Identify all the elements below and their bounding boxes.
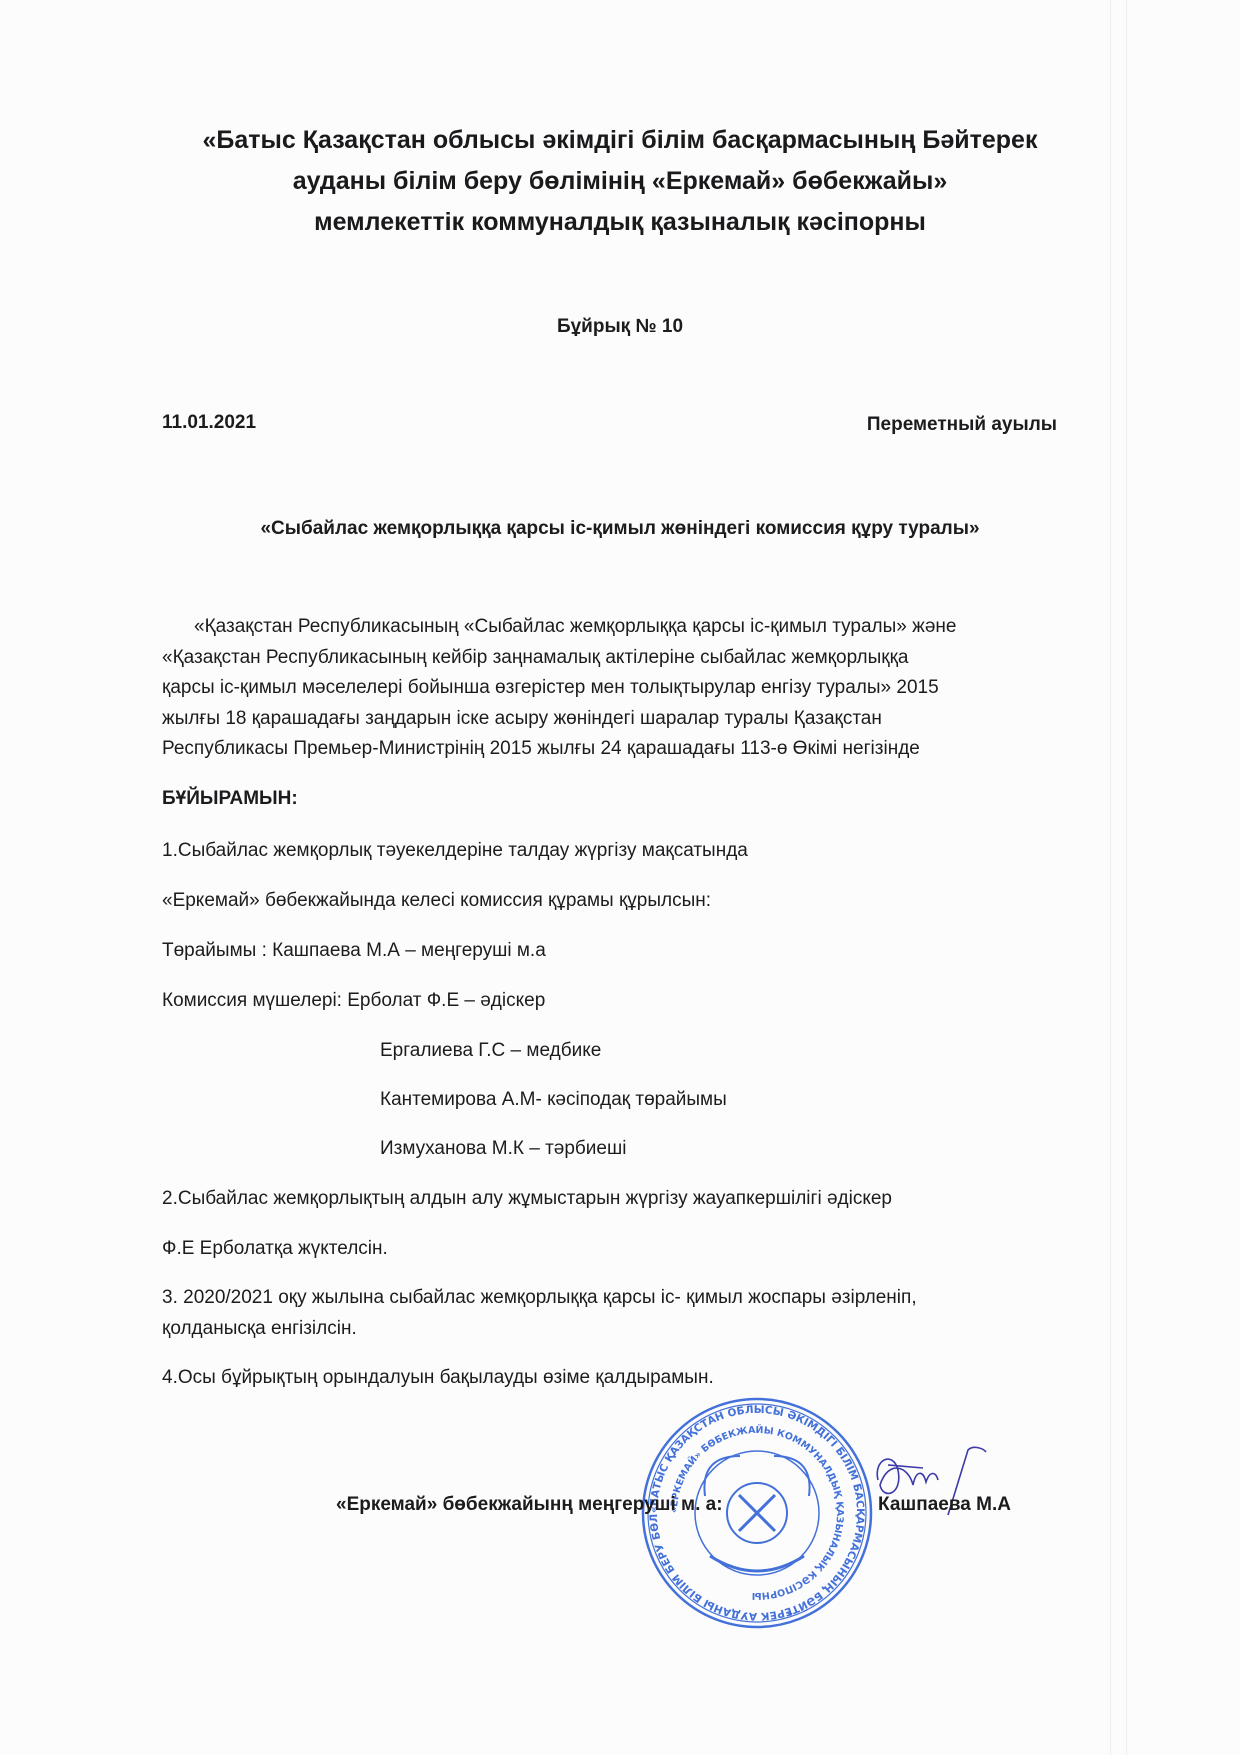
commission-member: Кантемирова А.М- кәсіподақ төрайымы bbox=[380, 1089, 727, 1111]
commission-member: Ергалиева Г.С – медбике bbox=[380, 1040, 601, 1062]
preamble-paragraph: «Қазақстан Республикасының «Сыбайлас жем… bbox=[162, 612, 1122, 765]
signatory-position: «Еркемай» бөбекжайынң меңгеруші м. а: bbox=[336, 1494, 723, 1516]
item-3-line-2: қолданысқа енгізілсін. bbox=[162, 1318, 357, 1340]
preamble-line: жылғы 18 қарашадағы заңдарын іске асыру … bbox=[162, 704, 1122, 735]
document-page: «Батыс Қазақстан облысы әкімдігі білім б… bbox=[0, 0, 1240, 1755]
scan-artifact-line bbox=[1110, 0, 1111, 1755]
item-2-line-1: 2.Сыбайлас жемқорлықтың алдын алу жұмыст… bbox=[162, 1188, 892, 1210]
signatory-name: Кашпаева М.А bbox=[878, 1494, 1011, 1516]
item-4: 4.Осы бұйрықтың орындалуын бақылауды өзі… bbox=[162, 1367, 714, 1389]
header-line-2: ауданы білім беру бөлімінің «Еркемай» бө… bbox=[160, 161, 1080, 202]
header-line-3: мемлекеттік коммуналдық қазыналық кәсіпо… bbox=[160, 202, 1080, 243]
preamble-line: «Қазақстан Республикасының «Сыбайлас жем… bbox=[162, 612, 1122, 643]
order-date: 11.01.2021 bbox=[162, 412, 256, 434]
order-place: Переметный ауылы bbox=[867, 414, 1057, 436]
item-3-line-1: 3. 2020/2021 оқу жылына сыбайлас жемқорл… bbox=[162, 1287, 917, 1309]
organization-header: «Батыс Қазақстан облысы әкімдігі білім б… bbox=[160, 120, 1080, 243]
item-1-line-1: 1.Сыбайлас жемқорлық тәуекелдеріне талда… bbox=[162, 840, 748, 862]
order-subject: «Сыбайлас жемқорлыққа қарсы іс-қимыл жөн… bbox=[0, 518, 1240, 540]
commission-member: Измуханова М.К – тәрбиеші bbox=[380, 1138, 626, 1160]
header-line-1: «Батыс Қазақстан облысы әкімдігі білім б… bbox=[160, 120, 1080, 161]
order-number: Бұйрық № 10 bbox=[0, 316, 1240, 338]
commission-members-label: Комиссия мүшелері: Ерболат Ф.Е – әдіскер bbox=[162, 990, 545, 1012]
order-heading: БҰЙЫРАМЫН: bbox=[162, 788, 298, 810]
svg-text:*: * bbox=[787, 1608, 793, 1624]
item-2-line-2: Ф.Е Ерболатқа жүктелсін. bbox=[162, 1238, 388, 1260]
preamble-line: Республикасы Премьер-Министрінің 2015 жы… bbox=[162, 734, 1122, 765]
preamble-line: қарсы іс-қимыл мәселелері бойынша өзгері… bbox=[162, 673, 1122, 704]
preamble-line: «Қазақстан Республикасының кейбір заңнам… bbox=[162, 643, 1122, 674]
scan-artifact-line bbox=[1126, 0, 1127, 1755]
commission-chair: Төрайымы : Кашпаева М.А – меңгеруші м.а bbox=[162, 940, 546, 962]
item-1-line-2: «Еркемай» бөбекжайында келесі комиссия қ… bbox=[162, 890, 711, 912]
